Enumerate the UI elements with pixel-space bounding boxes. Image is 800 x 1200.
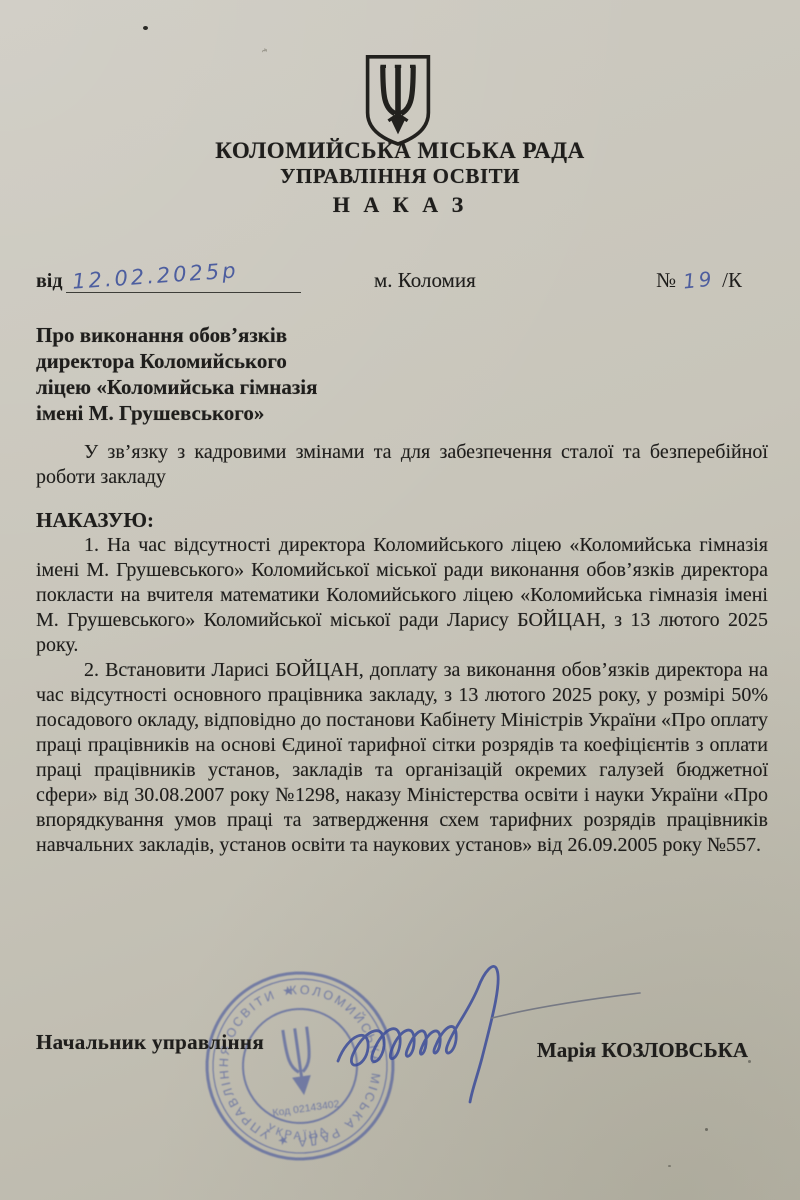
number-prefix-label: № bbox=[656, 268, 676, 292]
subject-block: Про виконання обов’язків директора Колом… bbox=[36, 322, 456, 426]
paper-speck bbox=[143, 26, 148, 30]
department-name: УПРАВЛІННЯ ОСВІТИ bbox=[0, 164, 800, 189]
date-field: від 12.02.2025р bbox=[36, 268, 336, 293]
pencil-mark: ᷉᷉ ͛ bbox=[263, 48, 270, 65]
subject-line: директора Коломийського bbox=[36, 348, 456, 374]
signer-position-label: Начальник управління bbox=[36, 1030, 264, 1055]
ukraine-trident-emblem-icon bbox=[350, 52, 446, 148]
subject-line: імені М. Грушевського» bbox=[36, 400, 456, 426]
order-heading: НАКАЗУЮ: bbox=[36, 508, 768, 533]
subject-line: ліцею «Коломийська гімназія bbox=[36, 374, 456, 400]
date-number-row: від 12.02.2025р м. Коломия № 19 /К bbox=[36, 268, 766, 293]
document-header: КОЛОМИЙСЬКА МІСЬКА РАДА УПРАВЛІННЯ ОСВІТ… bbox=[0, 138, 800, 219]
signature-zone: КОЛОМИЙСЬКА МІСЬКА РАДА ★ УПРАВЛІННЯ ОСВ… bbox=[0, 948, 800, 1188]
document-body: У зв’язку з кадровими змінами та для заб… bbox=[36, 440, 768, 858]
scanned-order-document: ᷉᷉ ͛ КОЛОМИЙСЬКА МІСЬКА РАДА УПРАВЛІННЯ … bbox=[0, 0, 800, 1200]
order-number-field: № 19 /К bbox=[614, 268, 766, 293]
date-underline: 12.02.2025р bbox=[66, 268, 301, 293]
number-suffix-label: /К bbox=[722, 268, 742, 292]
handwritten-number: 19 bbox=[682, 266, 716, 293]
signer-name: Марія КОЗЛОВСЬКА bbox=[537, 1038, 748, 1063]
intro-paragraph: У зв’язку з кадровими змінами та для заб… bbox=[36, 440, 768, 490]
document-type-title: Н А К А З bbox=[0, 191, 800, 219]
organization-name: КОЛОМИЙСЬКА МІСЬКА РАДА bbox=[0, 138, 800, 164]
handwritten-date: 12.02.2025р bbox=[72, 258, 240, 294]
date-prefix-label: від bbox=[36, 270, 62, 293]
order-paragraph-2: 2. Встановити Ларисі БОЙЦАН, доплату за … bbox=[36, 658, 768, 858]
subject-line: Про виконання обов’язків bbox=[36, 322, 456, 348]
order-paragraph-1: 1. На час відсутності директора Коломийс… bbox=[36, 533, 768, 658]
city-label: м. Коломия bbox=[336, 268, 614, 293]
